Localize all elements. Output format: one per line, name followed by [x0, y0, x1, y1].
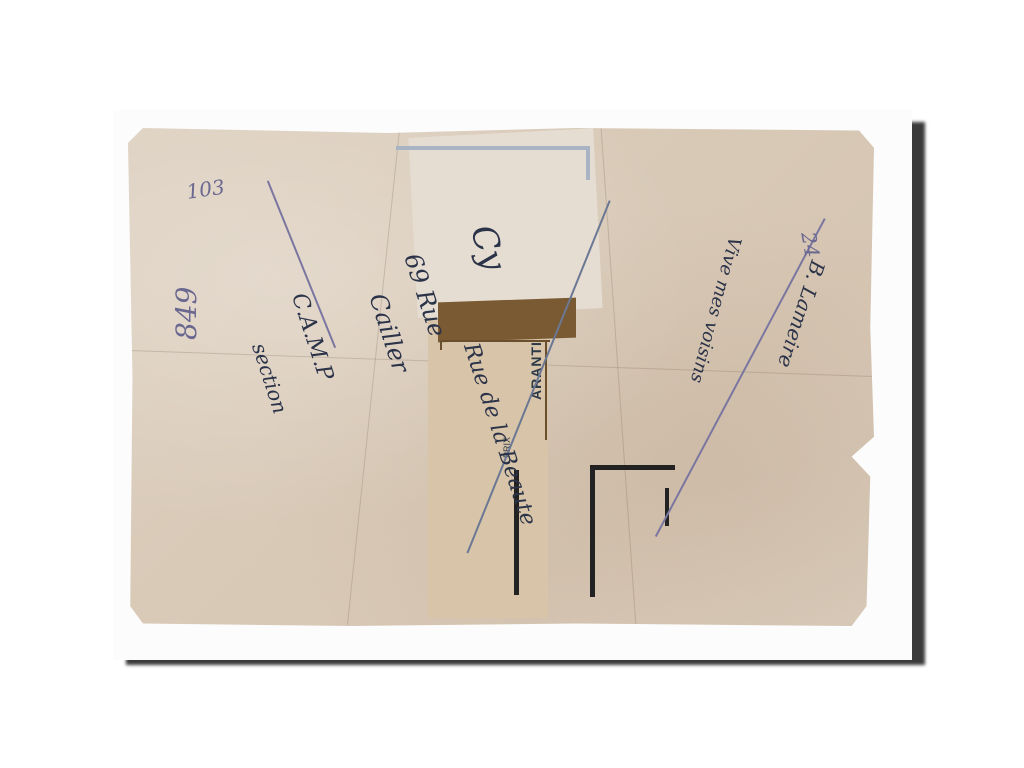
pencil-figure: 849 — [170, 287, 203, 340]
pencil-figure: 24 — [796, 230, 824, 259]
fold-line — [347, 129, 400, 624]
banknote — [128, 128, 874, 626]
blue-border — [396, 146, 590, 180]
black-frame — [590, 465, 675, 597]
black-bar — [665, 488, 669, 526]
